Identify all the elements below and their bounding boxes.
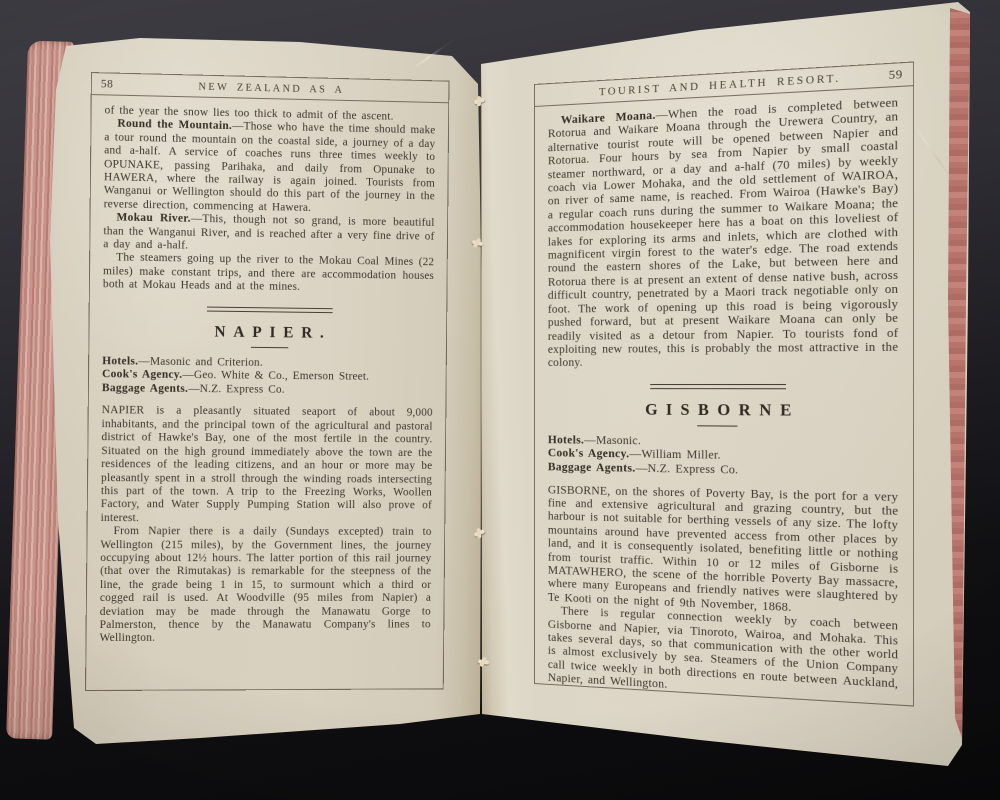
spine-fold (480, 60, 482, 716)
body-paragraph: Mokau River.—This, though not so grand, … (103, 212, 434, 257)
left-page-number: 58 (101, 78, 131, 91)
text-run: —N.Z. Express Co. (188, 383, 285, 396)
right-page-number: 59 (869, 69, 903, 84)
header-spacer (411, 95, 440, 96)
info-label: Baggage Agents. (102, 382, 188, 395)
body-paragraph: NAPIER is a pleasantly situated seaport … (101, 405, 433, 527)
body-paragraph: There is regular connection weekly by co… (548, 605, 898, 707)
header-spacer (544, 97, 574, 99)
body-paragraph: Round the Mountain.—Those who have the t… (104, 118, 436, 218)
heading-underline-rule (697, 425, 737, 426)
open-guidebook: 58 NEW ZEALAND AS A of the year the snow… (0, 0, 1000, 800)
info-label: Hotels. (102, 355, 138, 367)
body-paragraph: The steamers going up the river to the M… (103, 252, 434, 297)
paragraph-lead: Round the Mountain. (117, 118, 232, 132)
section-heading: NAPIER. (102, 321, 433, 345)
photograph-scene: 58 NEW ZEALAND AS A of the year the snow… (0, 0, 1000, 800)
left-running-title: NEW ZEALAND AS A (131, 80, 411, 97)
body-paragraph: Waikare Moana.—When the road is complete… (548, 97, 898, 371)
left-page-content: of the year the snow lies too thick to a… (86, 95, 448, 654)
right-page-text-frame: TOURIST AND HEALTH RESORT. 59 Waikare Mo… (534, 61, 914, 706)
text-run: —Masonic and Criterion. (138, 355, 263, 368)
info-label: Cook's Agency. (102, 368, 182, 381)
text-run: —N.Z. Express Co. (636, 462, 739, 476)
text-run: The steamers going up the river to the M… (103, 252, 434, 293)
section-divider-double-rule (206, 306, 332, 313)
binding-stitch (478, 659, 489, 664)
text-run: —Those who have the time should make a t… (104, 121, 436, 214)
text-run: —William Miller. (629, 449, 720, 463)
right-page-content: Waikare Moana.—When the road is complete… (535, 86, 913, 716)
text-run: —When the road is completed between Roto… (548, 97, 898, 370)
text-run: GISBORNE, on the shores of Poverty Bay, … (548, 484, 898, 614)
body-paragraph: From Napier there is a daily (Sundays ex… (99, 525, 431, 646)
info-label: Cook's Agency. (548, 447, 630, 460)
directory-line: Baggage Agents.—N.Z. Express Co. (102, 382, 433, 399)
text-run: —Geo. White & Co., Emerson Street. (182, 369, 369, 383)
section-heading: GISBORNE (548, 400, 898, 423)
paragraph-lead: Mokau River. (116, 212, 190, 225)
heading-underline-rule (250, 347, 287, 348)
section-divider-double-rule (650, 384, 786, 389)
text-run: —Masonic. (584, 434, 641, 447)
text-run: From Napier there is a daily (Sundays ex… (99, 525, 431, 644)
info-label: Baggage Agents. (548, 461, 636, 475)
body-paragraph: GISBORNE, on the shores of Poverty Bay, … (548, 484, 898, 620)
text-run: NAPIER is a pleasantly situated seaport … (101, 405, 433, 524)
info-label: Hotels. (548, 434, 584, 446)
text-run: There is regular connection weekly by co… (548, 605, 898, 691)
left-page-text-frame: 58 NEW ZEALAND AS A of the year the snow… (85, 72, 449, 691)
